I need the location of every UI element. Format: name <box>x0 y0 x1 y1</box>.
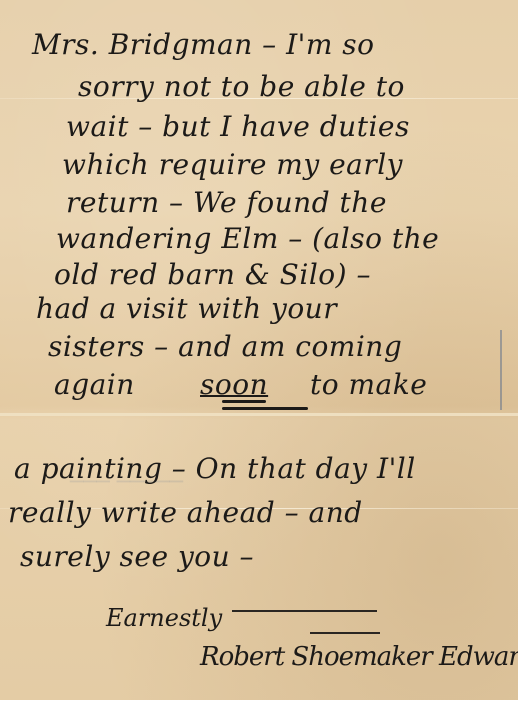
emphasized-word: soon <box>200 368 268 401</box>
letter-line: again <box>54 368 135 401</box>
letter-line: really write ahead – and <box>8 496 363 529</box>
double-underline <box>222 400 266 403</box>
signature-flourish <box>232 610 377 612</box>
letter-paper: ───── ─── Mrs. Bridgman – I'm so sorry n… <box>0 0 518 700</box>
letter-line: a painting – On that day I'll <box>14 452 416 485</box>
paper-fold <box>0 413 518 416</box>
letter-line: old red barn & Silo) – <box>54 258 371 291</box>
double-underline <box>222 407 308 410</box>
margin-mark <box>500 330 502 410</box>
letter-line: Mrs. Bridgman – I'm so <box>32 28 375 61</box>
letter-line: surely see you – <box>20 540 254 573</box>
signature: Robert Shoemaker Edwards <box>200 642 518 672</box>
letter-line: had a visit with your <box>36 292 337 325</box>
letter-line: sorry not to be able to <box>78 70 405 103</box>
letter-line: which require my early <box>62 148 403 181</box>
letter-line: return – We found the <box>66 186 387 219</box>
letter-line: sisters – and am coming <box>48 330 402 363</box>
closing: Earnestly <box>106 604 222 632</box>
letter-line: to make <box>310 368 427 401</box>
signature-flourish <box>310 632 380 634</box>
letter-line: wandering Elm – (also the <box>56 222 439 255</box>
letter-line: wait – but I have duties <box>66 110 410 143</box>
